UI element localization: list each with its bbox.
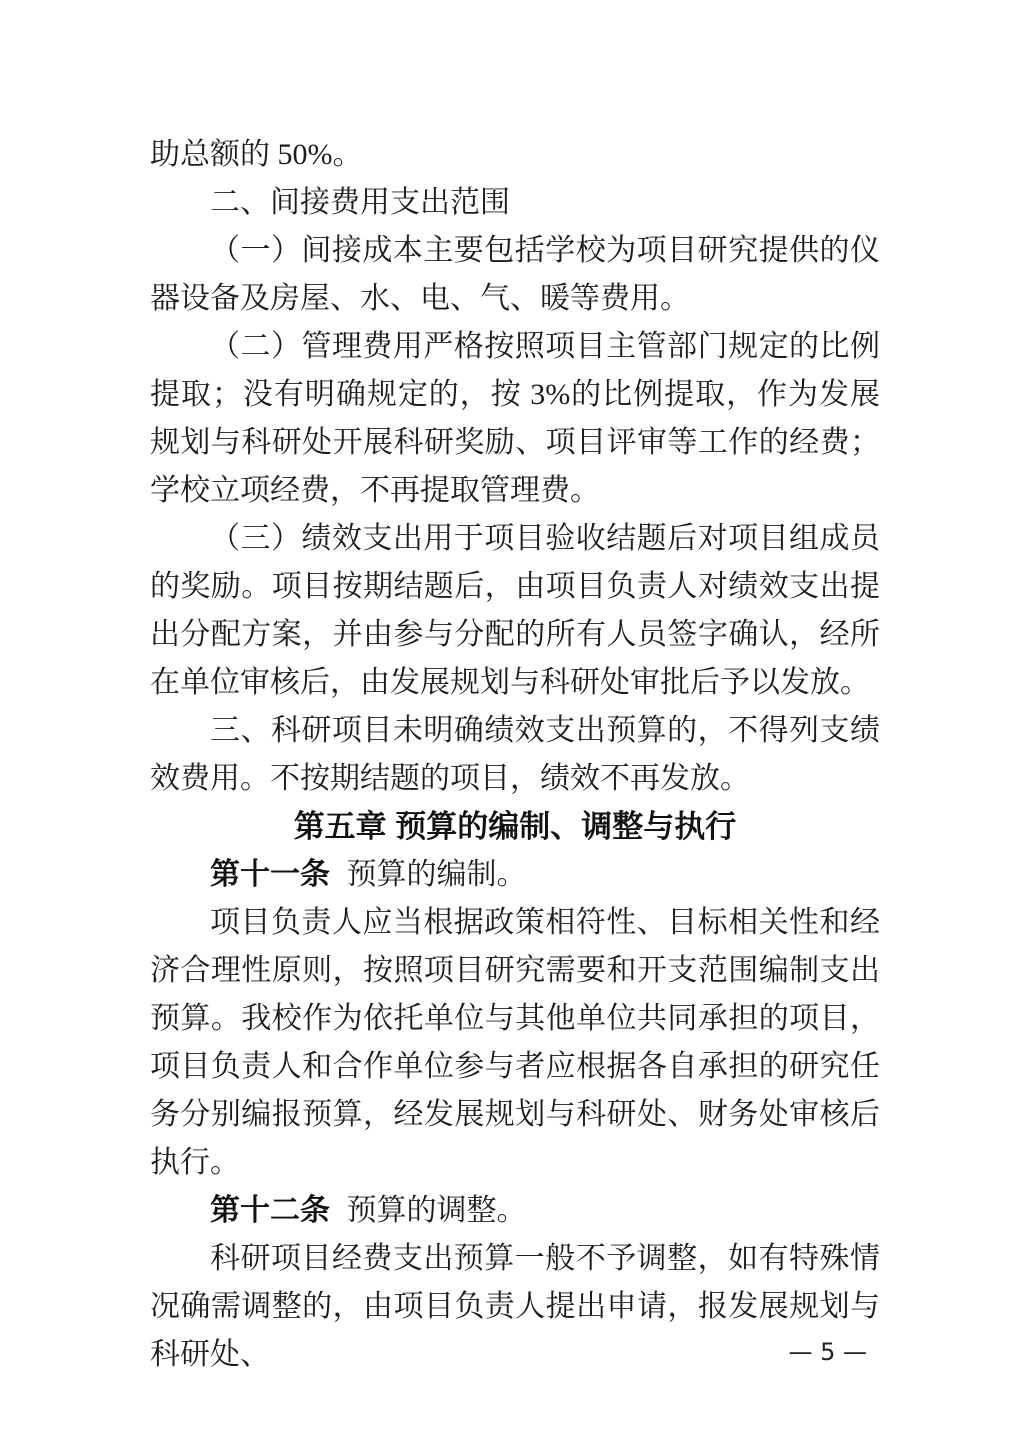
paragraph-item-2: （二）管理费用严格按照项目主管部门规定的比例提取；没有明确规定的，按 3%的比例… <box>150 323 880 515</box>
article-11-term: 第十一条 <box>210 858 330 891</box>
article-12: 第十二条预算的调整。 <box>150 1187 880 1235</box>
article-12-title: 预算的调整。 <box>347 1194 527 1227</box>
document-page: 助总额的 50%。 二、间接费用支出范围 （一）间接成本主要包括学校为项目研究提… <box>0 0 1024 1448</box>
document-body: 助总额的 50%。 二、间接费用支出范围 （一）间接成本主要包括学校为项目研究提… <box>150 131 880 1379</box>
paragraph-indirect-cost-scope-heading: 二、间接费用支出范围 <box>150 179 880 227</box>
chapter-heading: 第五章 预算的编制、调整与执行 <box>150 803 880 851</box>
page-number: — 5 — <box>788 1338 867 1366</box>
article-12-term: 第十二条 <box>210 1194 330 1227</box>
paragraph-point-3: 三、科研项目未明确绩效支出预算的，不得列支绩效费用。不按期结题的项目，绩效不再发… <box>150 707 880 803</box>
paragraph-budget-adjustment: 科研项目经费支出预算一般不予调整，如有特殊情况确需调整的，由项目负责人提出申请，… <box>150 1235 880 1379</box>
paragraph-continuation: 助总额的 50%。 <box>150 131 880 179</box>
paragraph-item-3: （三）绩效支出用于项目验收结题后对项目组成员的奖励。项目按期结题后，由项目负责人… <box>150 515 880 707</box>
article-11: 第十一条预算的编制。 <box>150 851 880 899</box>
paragraph-item-1: （一）间接成本主要包括学校为项目研究提供的仪器设备及房屋、水、电、气、暖等费用。 <box>150 227 880 323</box>
article-11-title: 预算的编制。 <box>347 858 527 891</box>
paragraph-budget-compilation: 项目负责人应当根据政策相符性、目标相关性和经济合理性原则，按照项目研究需要和开支… <box>150 899 880 1187</box>
